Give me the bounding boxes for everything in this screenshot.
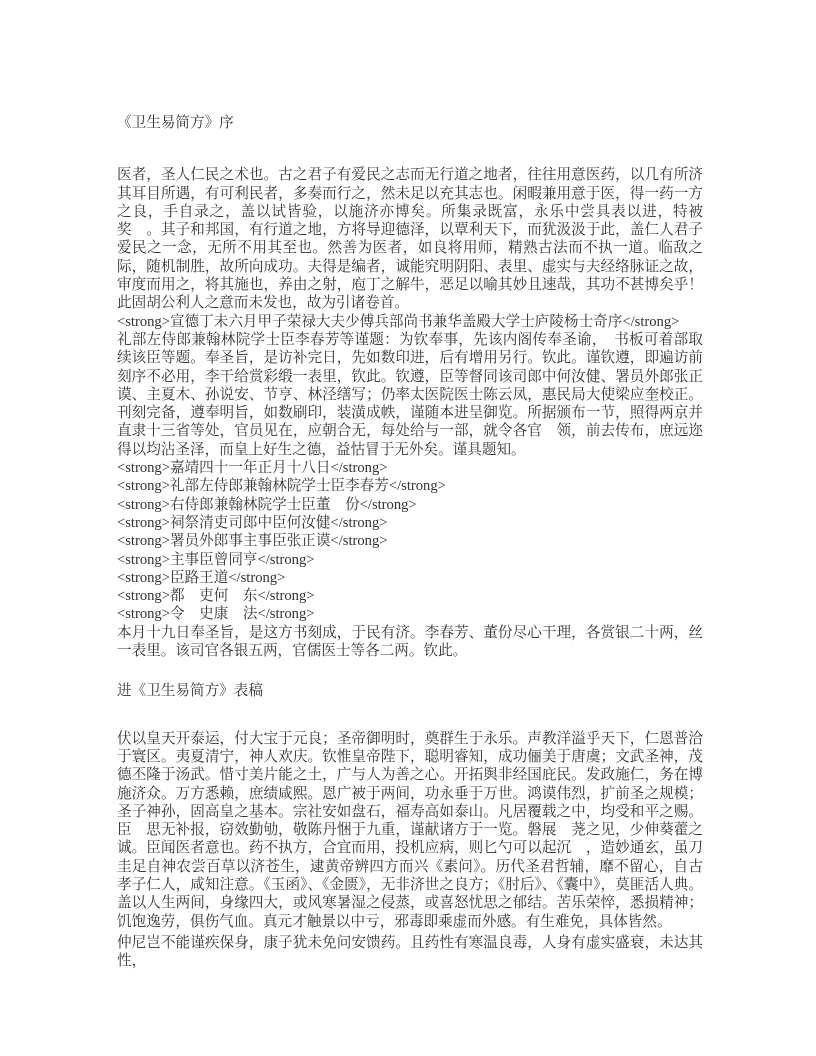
section-heading-biaogao: 进《卫生易简方》表稿 bbox=[117, 682, 703, 700]
official-line-dong-fen: <strong>右侍郎兼翰林院学士臣董 份</strong> bbox=[117, 496, 703, 514]
official-line-he-dong: <strong>都 吏何 东</strong> bbox=[117, 587, 703, 605]
official-line-li-chunfang: <strong>礼部左侍郎兼翰林院学士臣李春芳</strong> bbox=[117, 477, 703, 495]
closing-paragraph: 仲尼岂不能谨疾保身，康子犹未免问安馈药。且药性有寒温良毒，人身有虚实盛衰，未达其… bbox=[117, 934, 703, 971]
signature-line-yang-shiqi: <strong>宣德丁未六月甲子荣禄大夫少傅兵部尚书兼华盖殿大学士庐陵杨士奇序<… bbox=[117, 313, 703, 331]
edict-reward-paragraph: 本月十九日奉圣旨，是这方书刻成，于民有济。李春芳、董份尽心干理，各赏银二十两，丝… bbox=[117, 624, 703, 661]
document-title: 《卫生易简方》序 bbox=[117, 114, 703, 132]
official-line-kang-fa: <strong>令 史康 法</strong> bbox=[117, 605, 703, 623]
official-line-zeng-tongheng: <strong>主事臣曾同亨</strong> bbox=[117, 551, 703, 569]
official-line-zhang-zhengmo: <strong>署员外郎事主事臣张正谟</strong> bbox=[117, 532, 703, 550]
preface-paragraph: 医者，圣人仁民之术也。古之君子有爱民之志而无行道之地者，往往用意医药，以几有所济… bbox=[117, 166, 703, 312]
official-line-he-rujian: <strong>祠祭清吏司郎中臣何汝健</strong> bbox=[117, 514, 703, 532]
document-body: 医者，圣人仁民之术也。古之君子有爱民之志而无行道之地者，往往用意医药，以几有所济… bbox=[117, 166, 703, 970]
memorial-paragraph: 礼部左侍郎兼翰林院学士臣李春芳等谨题：为钦奉事，先该内阁传奉圣谕， 书板可着部取… bbox=[117, 331, 703, 459]
memorial-draft-paragraph: 伏以皇天开泰运，付大宝于元良；圣帝御明时，奠群生于永乐。声教洋溢乎天下，仁恩普洽… bbox=[117, 730, 703, 931]
official-line-lu-wangdao: <strong>臣路王道</strong> bbox=[117, 569, 703, 587]
document-content: 《卫生易简方》序 医者，圣人仁民之术也。古之君子有爱民之志而无行道之地者，往往用… bbox=[117, 114, 703, 970]
document-page: 《卫生易简方》序 医者，圣人仁民之术也。古之君子有爱民之志而无行道之地者，往往用… bbox=[0, 0, 816, 1056]
date-line: <strong>嘉靖四十一年正月十八日</strong> bbox=[117, 459, 703, 477]
